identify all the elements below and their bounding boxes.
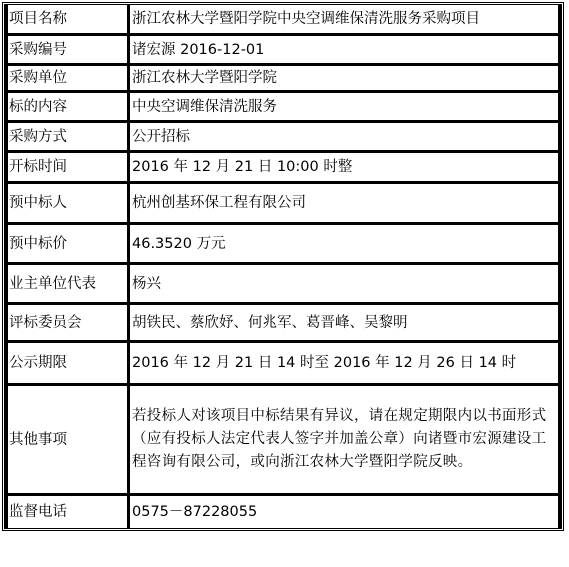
value-winning-bidder: 杭州创基环保工程有限公司	[129, 184, 561, 225]
label-publicity-period: 公示期限	[5, 343, 129, 386]
table-row-supervision-phone: 监督电话 0575－87228055	[5, 496, 561, 528]
value-procurement-number: 诸宏源 2016-12-01	[129, 36, 561, 66]
label-owner-representative: 业主单位代表	[5, 265, 129, 305]
value-publicity-period: 2016 年 12 月 21 日 14 时至 2016 年 12 月 26 日 …	[129, 343, 561, 386]
table-row-procurement-number: 采购编号 诸宏源 2016-12-01	[5, 36, 561, 66]
label-supervision-phone: 监督电话	[5, 496, 129, 528]
value-procurement-method: 公开招标	[129, 123, 561, 153]
table-row-publicity-period: 公示期限 2016 年 12 月 21 日 14 时至 2016 年 12 月 …	[5, 343, 561, 386]
label-winning-bidder: 预中标人	[5, 184, 129, 225]
value-purchaser: 浙江农林大学暨阳学院	[129, 66, 561, 93]
table-row-subject: 标的内容 中央空调维保清洗服务	[5, 93, 561, 123]
value-other-matters: 若投标人对该项目中标结果有异议，请在规定期限内以书面形式（应有投标人法定代表人签…	[129, 386, 561, 496]
bid-result-table: 项目名称 浙江农林大学暨阳学院中央空调维保清洗服务采购项目 采购编号 诸宏源 2…	[4, 4, 562, 529]
table-row-project-name: 项目名称 浙江农林大学暨阳学院中央空调维保清洗服务采购项目	[5, 5, 561, 36]
value-supervision-phone: 0575－87228055	[129, 496, 561, 528]
table-row-evaluation-committee: 评标委员会 胡铁民、蔡欣妤、何兆军、葛晋峰、吴黎明	[5, 305, 561, 343]
table-row-bid-opening-time: 开标时间 2016 年 12 月 21 日 10:00 时整	[5, 153, 561, 184]
label-other-matters: 其他事项	[5, 386, 129, 496]
table-row-owner-representative: 业主单位代表 杨兴	[5, 265, 561, 305]
label-evaluation-committee: 评标委员会	[5, 305, 129, 343]
table-row-winning-price: 预中标价 46.3520 万元	[5, 225, 561, 265]
label-procurement-method: 采购方式	[5, 123, 129, 153]
label-purchaser: 采购单位	[5, 66, 129, 93]
value-project-name: 浙江农林大学暨阳学院中央空调维保清洗服务采购项目	[129, 5, 561, 36]
table-row-purchaser: 采购单位 浙江农林大学暨阳学院	[5, 66, 561, 93]
value-evaluation-committee: 胡铁民、蔡欣妤、何兆军、葛晋峰、吴黎明	[129, 305, 561, 343]
label-winning-price: 预中标价	[5, 225, 129, 265]
label-bid-opening-time: 开标时间	[5, 153, 129, 184]
value-winning-price: 46.3520 万元	[129, 225, 561, 265]
value-subject: 中央空调维保清洗服务	[129, 93, 561, 123]
label-procurement-number: 采购编号	[5, 36, 129, 66]
value-bid-opening-time: 2016 年 12 月 21 日 10:00 时整	[129, 153, 561, 184]
value-owner-representative: 杨兴	[129, 265, 561, 305]
label-project-name: 项目名称	[5, 5, 129, 36]
table-row-other-matters: 其他事项 若投标人对该项目中标结果有异议，请在规定期限内以书面形式（应有投标人法…	[5, 386, 561, 496]
table-row-winning-bidder: 预中标人 杭州创基环保工程有限公司	[5, 184, 561, 225]
label-subject: 标的内容	[5, 93, 129, 123]
table-row-procurement-method: 采购方式 公开招标	[5, 123, 561, 153]
